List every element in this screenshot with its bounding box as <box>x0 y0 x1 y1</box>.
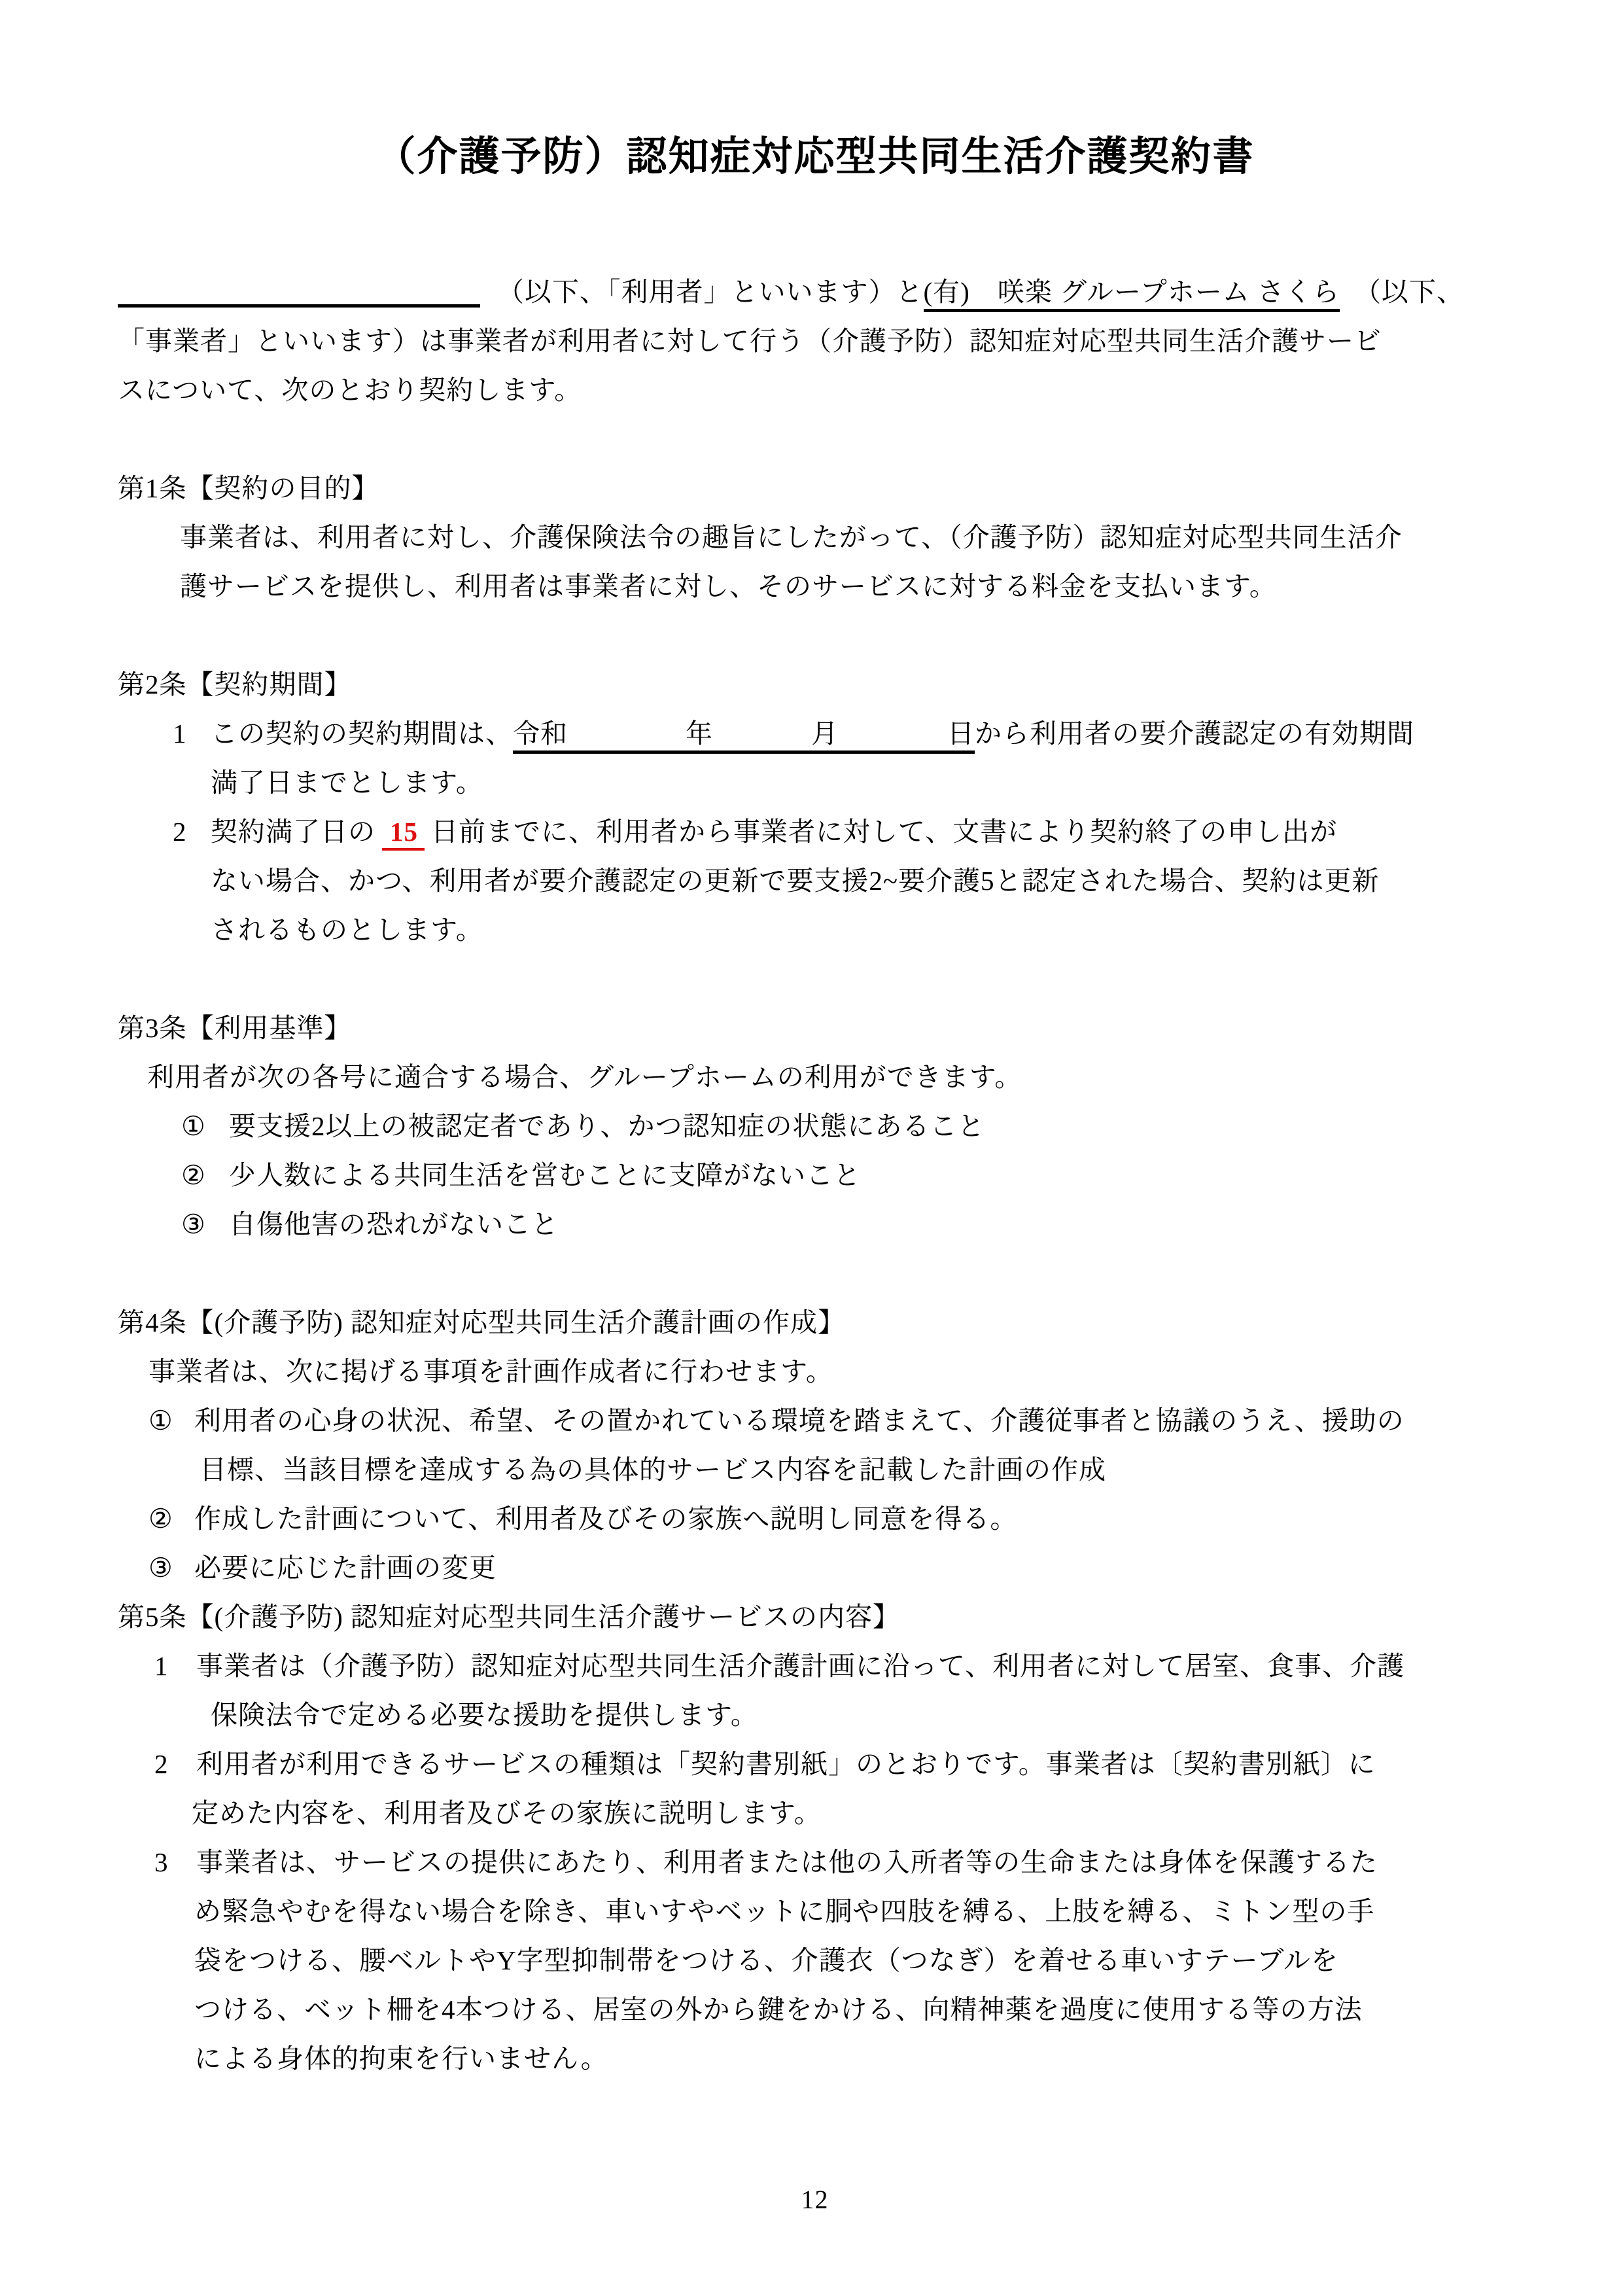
item-text: この契約の契約期間は、令和年月日から利用者の要介護認定の有効期間 <box>211 709 1414 758</box>
article-4-item-1-cont: 目標、当該目標を達成する為の具体的サービス内容を記載した計画の作成 <box>118 1445 1512 1494</box>
article-5-item-1: 1事業者は（介護予防）認知症対応型共同生活介護計画に沿って、利用者に対して居室、… <box>118 1642 1512 1691</box>
contract-start-date-blank: 令和年月日 <box>513 718 975 754</box>
article-3-item-3: ③自傷他害の恐れがないこと <box>118 1200 1512 1249</box>
preamble: （以下、「利用者」といいます）と(有) 咲楽 グループホーム さくら（以下、 「… <box>118 268 1512 415</box>
circled-number-icon: ② <box>181 1151 229 1200</box>
item-text: 必要に応じた計画の変更 <box>194 1544 497 1593</box>
article-1-heading: 第1条【契約の目的】 <box>118 464 1512 513</box>
article-2: 第2条【契約期間】 1この契約の契約期間は、令和年月日から利用者の要介護認定の有… <box>118 660 1512 955</box>
item-text-segment: から利用者の要介護認定の有効期間 <box>975 718 1414 749</box>
item-text: 事業者は、サービスの提供にあたり、利用者または他の入所者等の生命または身体を保護… <box>196 1838 1378 1887</box>
item-text: 少人数による共同生活を営むことに支障がないこと <box>229 1151 861 1200</box>
article-4-intro: 事業者は、次に掲げる事項を計画作成者に行わせます。 <box>118 1347 1512 1396</box>
item-number: 2 <box>154 1740 196 1789</box>
article-1-body-line: 事業者は、利用者に対し、介護保険法令の趣旨にしたがって、（介護予防）認知症対応型… <box>118 513 1512 562</box>
circled-number-icon: ① <box>181 1102 229 1151</box>
article-5: 第5条【(介護予防) 認知症対応型共同生活介護サービスの内容】 1事業者は（介護… <box>118 1593 1512 2083</box>
article-4-item-3: ③必要に応じた計画の変更 <box>118 1544 1512 1593</box>
article-4-item-2: ②作成した計画について、利用者及びその家族へ説明し同意を得る。 <box>118 1494 1512 1544</box>
article-3-item-1: ①要支援2以上の被認定者であり、かつ認知症の状態にあること <box>118 1102 1512 1151</box>
preamble-line-3: スについて、次のとおり契約します。 <box>118 366 1512 415</box>
preamble-line-1: （以下、「利用者」といいます）と(有) 咲楽 グループホーム さくら（以下、 <box>118 268 1512 317</box>
circled-number-icon: ③ <box>148 1544 194 1593</box>
item-text: 事業者は（介護予防）認知症対応型共同生活介護計画に沿って、利用者に対して居室、食… <box>196 1642 1405 1691</box>
item-text: 利用者が利用できるサービスの種類は「契約書別紙」のとおりです。事業者は〔契約書別… <box>196 1740 1376 1789</box>
notice-days-highlight: 15 <box>382 817 425 851</box>
article-2-heading: 第2条【契約期間】 <box>118 660 1512 709</box>
item-text: 要支援2以上の被認定者であり、かつ認知症の状態にあること <box>229 1102 985 1151</box>
era-gengo: 令和 <box>513 718 568 749</box>
article-1: 第1条【契約の目的】 事業者は、利用者に対し、介護保険法令の趣旨にしたがって、（… <box>118 464 1512 611</box>
article-3-heading: 第3条【利用基準】 <box>118 1004 1512 1053</box>
page-number: 12 <box>118 2175 1512 2224</box>
contract-document-page: （介護予防）認知症対応型共同生活介護契約書 （以下、「利用者」といいます）と(有… <box>0 0 1623 2296</box>
item-text-segment: 日前までに、利用者から事業者に対して、文書により契約終了の申し出が <box>431 817 1337 847</box>
article-3-item-2: ②少人数による共同生活を営むことに支障がないこと <box>118 1151 1512 1200</box>
item-number: 1 <box>154 1642 196 1691</box>
item-text: 契約満了日の15日前までに、利用者から事業者に対して、文書により契約終了の申し出… <box>211 807 1337 857</box>
article-4: 第4条【(介護予防) 認知症対応型共同生活介護計画の作成】 事業者は、次に掲げる… <box>118 1298 1512 1593</box>
item-number: 3 <box>154 1838 196 1887</box>
article-5-heading: 第5条【(介護予防) 認知症対応型共同生活介護サービスの内容】 <box>118 1593 1512 1642</box>
item-text-segment: この契約の契約期間は、 <box>211 718 513 749</box>
era-year-label: 年 <box>686 718 713 749</box>
preamble-text: （以下、 <box>1354 277 1464 307</box>
provider-name-underlined: (有) 咲楽 グループホーム さくら <box>924 277 1340 312</box>
client-name-blank <box>118 304 480 308</box>
item-text-segment: 契約満了日の <box>211 817 375 847</box>
item-text: 利用者の心身の状況、希望、その置かれている環境を踏まえて、介護従事者と協議のうえ… <box>194 1396 1405 1445</box>
article-5-item-3: 3事業者は、サービスの提供にあたり、利用者または他の入所者等の生命または身体を保… <box>118 1838 1512 1887</box>
circled-number-icon: ① <box>148 1396 194 1445</box>
preamble-text: （以下、「利用者」といいます）と <box>497 277 924 307</box>
document-title: （介護予防）認知症対応型共同生活介護契約書 <box>118 128 1512 186</box>
article-4-item-1: ①利用者の心身の状況、希望、その置かれている環境を踏まえて、介護従事者と協議のう… <box>118 1396 1512 1445</box>
circled-number-icon: ③ <box>181 1200 229 1249</box>
item-text: 作成した計画について、利用者及びその家族へ説明し同意を得る。 <box>194 1494 1017 1544</box>
article-5-item-3-cont: め緊急やむを得ない場合を除き、車いすやベットに胴や四肢を縛る、上肢を縛る、ミトン… <box>118 1887 1512 1936</box>
article-3-intro: 利用者が次の各号に適合する場合、グループホームの利用ができます。 <box>118 1053 1512 1102</box>
article-2-item-1-cont: 満了日までとします。 <box>118 758 1512 807</box>
article-2-item-2-cont: ない場合、かつ、利用者が要介護認定の更新で要支援2~要介護5と認定された場合、契… <box>118 857 1512 906</box>
article-5-item-2: 2利用者が利用できるサービスの種類は「契約書別紙」のとおりです。事業者は〔契約書… <box>118 1740 1512 1789</box>
preamble-line-2: 「事業者」といいます）は事業者が利用者に対して行う（介護予防）認知症対応型共同生… <box>118 317 1512 366</box>
article-5-item-3-cont: による身体的拘束を行いません。 <box>118 2034 1512 2083</box>
article-5-item-3-cont: つける、ベット柵を4本つける、居室の外から鍵をかける、向精神薬を過度に使用する等… <box>118 1985 1512 2034</box>
item-number: 1 <box>173 709 211 758</box>
article-4-heading: 第4条【(介護予防) 認知症対応型共同生活介護計画の作成】 <box>118 1298 1512 1347</box>
article-5-item-1-cont: 保険法令で定める必要な援助を提供します。 <box>118 1691 1512 1740</box>
item-number: 2 <box>173 807 211 857</box>
article-2-item-1: 1この契約の契約期間は、令和年月日から利用者の要介護認定の有効期間 <box>118 709 1512 758</box>
article-3: 第3条【利用基準】 利用者が次の各号に適合する場合、グループホームの利用ができま… <box>118 1004 1512 1249</box>
era-day-label: 日 <box>947 718 975 749</box>
article-2-item-2: 2契約満了日の15日前までに、利用者から事業者に対して、文書により契約終了の申し… <box>118 807 1512 857</box>
circled-number-icon: ② <box>148 1494 194 1544</box>
article-1-body-line: 護サービスを提供し、利用者は事業者に対し、そのサービスに対する料金を支払います。 <box>118 562 1512 611</box>
article-5-item-3-cont: 袋をつける、腰ベルトやY字型抑制帯をつける、介護衣（つなぎ）を着せる車いすテーブ… <box>118 1936 1512 1985</box>
era-month-label: 月 <box>811 718 839 749</box>
article-5-item-2-cont: 定めた内容を、利用者及びその家族に説明します。 <box>118 1789 1512 1838</box>
item-text: 自傷他害の恐れがないこと <box>229 1200 559 1249</box>
article-2-item-2-cont: されるものとします。 <box>118 906 1512 955</box>
